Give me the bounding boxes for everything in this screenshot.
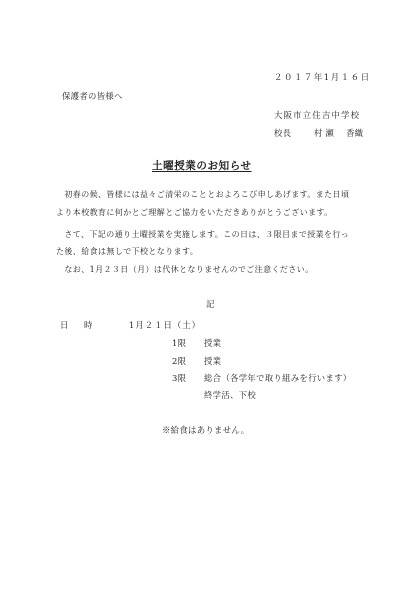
body-line: 初春の候、皆様には益々ご清栄のこととおよろこび申しあげます。また日頃 [56,190,349,200]
body-line: より本校教育に何かとご理解とご協力をいただきありがとうございます。 [56,208,333,218]
schedule-date: 1月２１日（土） [129,320,201,330]
period-content: 終学活、下校 [204,390,256,400]
body-line: さて、下記の通り土曜授業を実施します。この日は、３限目まで授業を行っ [56,230,349,240]
schedule-label: 日時 [60,320,108,330]
principal-given-name: 香織 [346,128,363,138]
document-page: ２０１７年1月１６日 保護者の皆様へ 大阪市立住吉中学校 校長村瀬 香織 土曜授… [0,0,420,594]
lunch-note: ※給食はありません。 [162,425,249,435]
issue-date: ２０１７年1月１６日 [274,72,371,82]
addressee: 保護者の皆様へ [62,91,123,101]
period-label: 3限 [172,373,186,383]
period-content: 総合（各学年で取り組みを行います） [204,373,351,383]
period-content: 授業 [204,356,221,366]
period-label: 1限 [172,338,186,348]
sender-school: 大阪市立住吉中学校 [274,110,360,120]
ki-heading: 記 [206,299,215,309]
period-content: 授業 [204,338,221,348]
schedule-label-time: 時 [84,320,108,330]
period-label: 2限 [172,356,186,366]
body-line: なお、1月２３日（月）は代休となりませんのでご注意ください。 [56,265,314,275]
sender-principal: 校長村瀬 香織 [274,128,363,138]
principal-surname: 村瀬 [314,128,340,138]
body-line: た後、給食は無しで下校となります。 [56,247,198,257]
document-title: 土曜授業のお知らせ [152,160,252,173]
schedule-label-day: 日 [60,320,84,330]
principal-role: 校長 [274,128,314,138]
